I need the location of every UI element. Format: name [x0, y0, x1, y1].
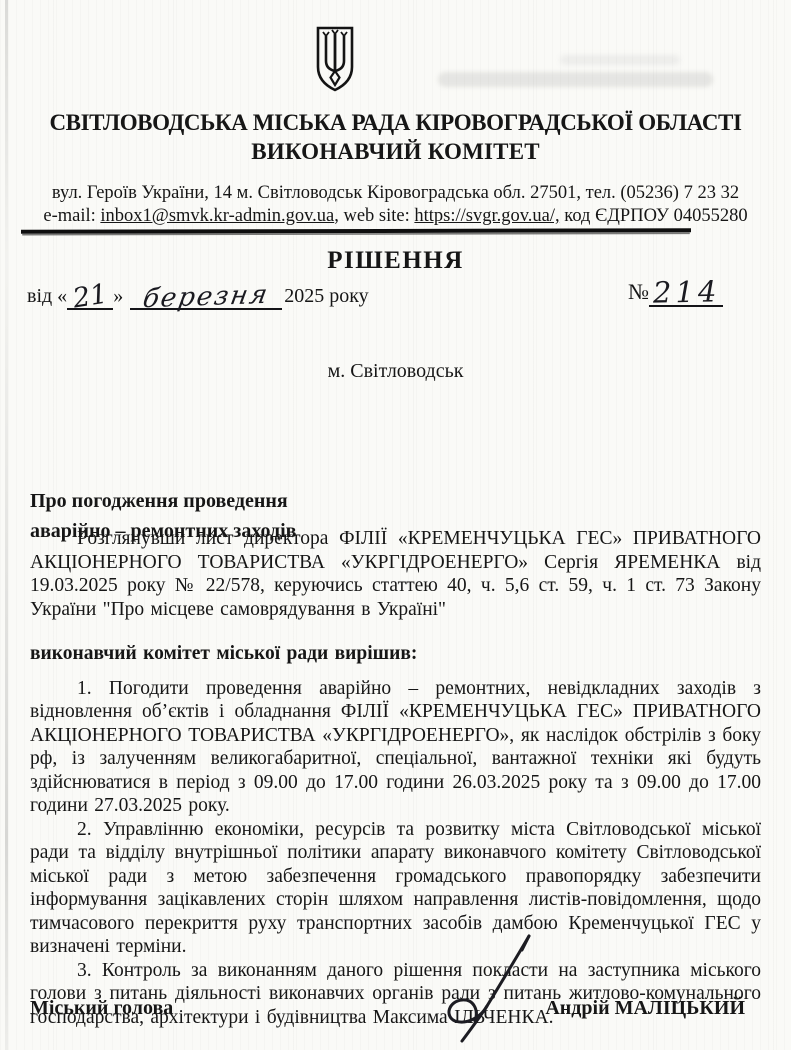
subject-line1: Про погодження проведення [30, 486, 296, 516]
website-url: https://svgr.gov.ua/, [414, 206, 559, 226]
decision-item-1: 1. Погодити проведення аварійно – ремонт… [30, 677, 761, 818]
date-month-blank: березня [130, 284, 282, 310]
website-label: , web site: [334, 206, 414, 226]
contacts-line: e-mail: inbox1@smvk.kr-admin.gov.ua, web… [0, 206, 791, 227]
email-label: e-mail: [43, 206, 100, 226]
doc-number-label: № [628, 279, 649, 305]
ukraine-trident-emblem-icon [311, 25, 359, 95]
signer-name: Андрій МАЛІЦЬКИЙ [545, 997, 745, 1020]
preamble-paragraph: Розглянувши лист директора ФІЛІЇ «КРЕМЕН… [30, 527, 761, 621]
scanned-document-page: СВІТЛОВОДСЬКА МІСЬКА РАДА КІРОВОГРАДСЬКО… [0, 0, 791, 1050]
doc-number-blank: 214 [649, 278, 723, 307]
email-address: inbox1@smvk.kr-admin.gov.ua [100, 206, 334, 226]
date-close-quote: » [113, 285, 123, 308]
resolution-intro: виконавчий комітет міської ради вирішив: [30, 642, 761, 666]
header-divider-rule [21, 228, 691, 233]
org-name-line2: ВИКОНАВЧИЙ КОМІТЕТ [0, 139, 791, 165]
decision-item-2: 2. Управлінню економіки, ресурсів та роз… [30, 818, 761, 959]
date-line: від « 21 » березня 2025 року [27, 283, 369, 319]
handwritten-signature-icon [425, 928, 565, 1050]
edrpou-code: код ЄДРПОУ 04055280 [560, 206, 748, 226]
date-year: 2025 року [284, 285, 368, 308]
date-prefix: від « [27, 285, 67, 308]
org-name-line1: СВІТЛОВОДСЬКА МІСЬКА РАДА КІРОВОГРАДСЬКО… [0, 110, 791, 136]
doc-number-handwritten: 214 [653, 280, 721, 304]
scan-smudge [438, 72, 713, 87]
date-day-blank: 21 [67, 283, 113, 310]
doc-number: № 214 [628, 278, 723, 307]
position-title: Міський голова [30, 997, 173, 1020]
signature-block: Міський голова Андрій МАЛІЦЬКИЙ [30, 997, 745, 1020]
address-line: вул. Героїв України, 14 м. Світловодськ … [0, 183, 791, 204]
doc-type-title: РІШЕННЯ [0, 247, 791, 275]
date-day-handwritten: 21 [72, 283, 109, 310]
place-line: м. Світловодськ [0, 360, 791, 383]
decision-body: Розглянувши лист директора ФІЛІЇ «КРЕМЕН… [30, 527, 761, 1029]
scan-smudge [560, 55, 680, 65]
date-month-handwritten: березня [141, 285, 270, 310]
